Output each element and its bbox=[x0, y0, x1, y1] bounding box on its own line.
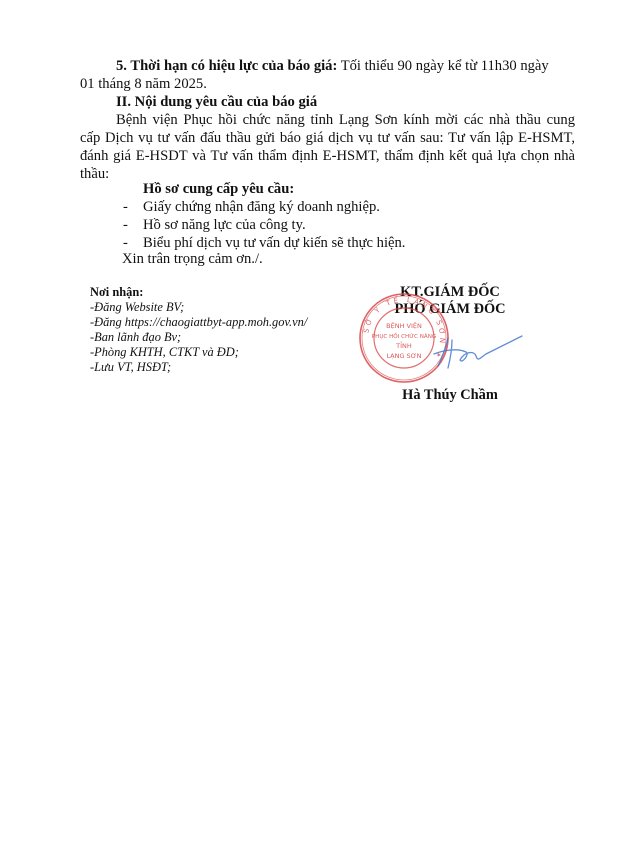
svg-text:LẠNG SƠN: LẠNG SƠN bbox=[387, 352, 422, 360]
recipient-item: -Phòng KHTH, CTKT và ĐD; bbox=[90, 345, 239, 360]
bullet: - bbox=[123, 216, 128, 234]
recipient-item: -Đăng Website BV; bbox=[90, 300, 184, 315]
paragraph-line-3: đánh giá E-HSDT và Tư vấn thẩm định E-HS… bbox=[80, 147, 575, 165]
recipient-item: -Ban lãnh đạo Bv; bbox=[90, 330, 181, 345]
validity-line-1: 5. Thời hạn có hiệu lực của báo giá: Tối… bbox=[116, 57, 549, 75]
recipients-heading: Nơi nhận: bbox=[90, 285, 143, 300]
svg-text:BỆNH VIỆN: BỆNH VIỆN bbox=[386, 321, 422, 330]
document-page: 5. Thời hạn có hiệu lực của báo giá: Tối… bbox=[0, 0, 634, 860]
recipient-item: -Lưu VT, HSĐT; bbox=[90, 360, 171, 375]
validity-line-2: 01 tháng 8 năm 2025. bbox=[80, 75, 207, 93]
requirement-item: Hồ sơ năng lực của công ty. bbox=[143, 216, 306, 234]
handwritten-signature-icon bbox=[430, 330, 525, 375]
requirement-item: Giấy chứng nhận đăng ký doanh nghiệp. bbox=[143, 198, 380, 216]
svg-text:TỈNH: TỈNH bbox=[395, 341, 412, 350]
validity-text-1: Tối thiểu 90 ngày kể từ 11h30 ngày bbox=[337, 58, 548, 74]
svg-text:PHỤC HỒI CHỨC NĂNG: PHỤC HỒI CHỨC NĂNG bbox=[372, 331, 437, 340]
section-heading: II. Nội dung yêu cầu của báo giá bbox=[116, 93, 317, 111]
paragraph-line-2: cấp Dịch vụ tư vấn đấu thầu gửi báo giá … bbox=[80, 129, 575, 147]
signatory-name: Hà Thúy Chầm bbox=[360, 387, 540, 404]
paragraph-line-4: thầu: bbox=[80, 165, 109, 183]
validity-label: 5. Thời hạn có hiệu lực của báo giá: bbox=[116, 58, 337, 74]
recipient-item: -Đăng https://chaogiattbyt-app.moh.gov.v… bbox=[90, 315, 307, 330]
bullet: - bbox=[123, 198, 128, 216]
closing-text: Xin trân trọng cảm ơn./. bbox=[122, 250, 263, 268]
requirements-heading: Hồ sơ cung cấp yêu cầu: bbox=[143, 180, 294, 198]
paragraph-line-1: Bệnh viện Phục hồi chức năng tỉnh Lạng S… bbox=[116, 111, 575, 129]
